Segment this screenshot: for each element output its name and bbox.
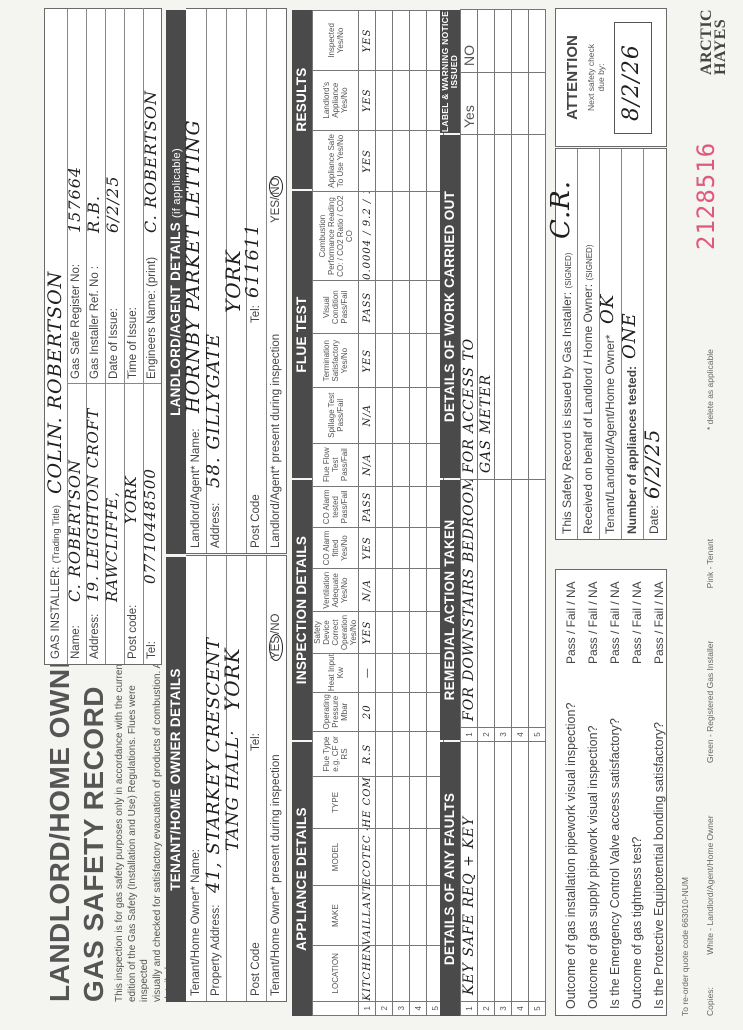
appliance-cell[interactable] bbox=[393, 387, 410, 443]
landlord-present-toggle[interactable]: YES/NO bbox=[270, 176, 282, 223]
row-number: 2 bbox=[376, 1001, 393, 1015]
appliance-cell[interactable] bbox=[376, 280, 393, 334]
appliance-cell[interactable] bbox=[410, 70, 427, 130]
appliance-cell[interactable]: 20 bbox=[359, 692, 376, 731]
fault-detail[interactable] bbox=[478, 742, 495, 1002]
appliance-cell[interactable]: YES bbox=[359, 527, 376, 568]
appliance-grid-header: LOCATION MAKE MODEL TYPE Flue Type e.g. … bbox=[313, 11, 359, 1016]
appliance-cell[interactable] bbox=[376, 653, 393, 692]
appliance-details-heading: APPLIANCE DETAILS bbox=[292, 742, 312, 1016]
outcome-question: Outcome of gas tightness test? bbox=[630, 837, 644, 1009]
installer-tel[interactable]: 07710448500 bbox=[141, 468, 159, 584]
outcome-question: Outcome of gas supply pipework visual in… bbox=[586, 726, 600, 1009]
work-carried-out[interactable] bbox=[512, 135, 529, 480]
appliance-cell[interactable]: N/A bbox=[359, 387, 376, 443]
faults-row-number: 3 bbox=[495, 1002, 512, 1016]
appliance-cell[interactable] bbox=[393, 192, 410, 281]
tenant-details-heading: TENANT/HOME OWNER DETAILS bbox=[166, 557, 186, 1002]
faults-row: 44 bbox=[512, 10, 529, 1016]
appliance-cell[interactable] bbox=[376, 612, 393, 653]
appliance-cell[interactable] bbox=[410, 828, 427, 886]
outcome-check-row: Is the Protective Equipotential bonding … bbox=[648, 576, 670, 1009]
outcome-options[interactable]: Pass / Fail / NA bbox=[586, 581, 600, 664]
landlord-address-line1[interactable]: 58. GILLYGATE bbox=[203, 333, 224, 488]
appliance-cell[interactable] bbox=[393, 946, 410, 1002]
appliance-cell[interactable] bbox=[376, 11, 393, 71]
outcome-options[interactable]: Pass / Fail / NA bbox=[608, 581, 622, 664]
appliance-cell[interactable]: YES bbox=[359, 130, 376, 192]
appliance-cell[interactable] bbox=[410, 192, 427, 281]
label-issued-no[interactable] bbox=[529, 10, 546, 73]
row-number: 1 bbox=[359, 1001, 376, 1015]
installer-name[interactable]: C. ROBERTSON bbox=[65, 459, 84, 602]
outcome-check-row: Is the Emergency Control Valve access sa… bbox=[604, 576, 626, 1009]
landlord-details-box: Landlord/Agent* Name: HORNBY PARKET LETT… bbox=[186, 8, 287, 554]
appliance-cell[interactable] bbox=[376, 569, 393, 612]
appliance-cell[interactable] bbox=[376, 387, 393, 443]
appliance-cell[interactable] bbox=[410, 443, 427, 486]
outcome-checks: Outcome of gas installation pipework vis… bbox=[555, 569, 667, 1016]
appliance-cell[interactable] bbox=[393, 486, 410, 527]
appliance-cell[interactable] bbox=[376, 692, 393, 731]
faults-row: 55 bbox=[529, 10, 546, 1016]
label-issued-yes[interactable] bbox=[478, 73, 495, 135]
appliance-cell[interactable] bbox=[393, 692, 410, 731]
appliance-cell[interactable] bbox=[410, 946, 427, 1002]
appliance-cell[interactable]: VAILLANT bbox=[359, 886, 376, 946]
outcome-question: Outcome of gas installation pipework vis… bbox=[564, 703, 578, 1009]
appliance-cell[interactable] bbox=[393, 653, 410, 692]
appliance-cell[interactable] bbox=[410, 569, 427, 612]
appliance-row: 2 bbox=[376, 11, 393, 1016]
reorder-code: To re-order quote code 663010-NUM bbox=[680, 877, 690, 1016]
gas-installer-ref-no[interactable]: R.B. bbox=[84, 195, 103, 233]
flue-test-heading: FLUE TEST bbox=[292, 191, 312, 478]
engineers-name[interactable]: C. ROBERTSON bbox=[141, 90, 160, 233]
attention-box: ATTENTION Next safety check due by: 8/2/… bbox=[555, 8, 667, 147]
tenant-present-toggle[interactable]: YES/NO bbox=[270, 614, 282, 661]
appliance-cell[interactable] bbox=[376, 777, 393, 828]
inspection-details-heading: INSPECTION DETAILS bbox=[292, 480, 312, 740]
installer-trading-title[interactable]: COLIN. ROBERTSON bbox=[44, 271, 66, 494]
gas-installer-box: GAS INSTALLER: (Trading Title) COLIN. RO… bbox=[44, 8, 162, 665]
appliance-cell[interactable] bbox=[376, 731, 393, 776]
serial-number: 2128516 bbox=[692, 142, 720, 250]
installer-address-line2[interactable]: RAWCLIFFE, bbox=[103, 491, 121, 602]
outcome-check-row: Outcome of gas tightness test?Pass / Fai… bbox=[626, 576, 648, 1009]
gas-safe-register-no[interactable]: 157664 bbox=[65, 166, 84, 233]
appliance-cell[interactable] bbox=[410, 486, 427, 527]
appliance-cell[interactable]: R.S bbox=[359, 731, 376, 776]
property-address-line3[interactable]: YORK bbox=[220, 647, 244, 711]
remedial-action[interactable] bbox=[478, 480, 495, 728]
next-check-date: 8/2/26 bbox=[619, 44, 644, 121]
appliance-cell[interactable] bbox=[393, 886, 410, 946]
appliance-cell[interactable]: YES bbox=[359, 11, 376, 71]
signoff-box: This Safety Record is issued by Gas Inst… bbox=[555, 148, 667, 540]
faults-row: 1KEY SAFE REQ + KEY1FOR DOWNSTAIRS BEDRO… bbox=[461, 10, 478, 1016]
faults-row-number: 1 bbox=[461, 1002, 478, 1016]
appliance-cell[interactable] bbox=[410, 692, 427, 731]
appliance-cell[interactable] bbox=[393, 280, 410, 334]
appliance-cell[interactable] bbox=[376, 886, 393, 946]
appliance-cell[interactable] bbox=[393, 731, 410, 776]
faults-heading: DETAILS OF ANY FAULTS bbox=[440, 742, 460, 1016]
results-heading: RESULTS bbox=[292, 10, 312, 189]
remedial-action[interactable] bbox=[495, 480, 512, 728]
remedial-action[interactable] bbox=[512, 480, 529, 728]
faults-row-number: 4 bbox=[512, 1002, 529, 1016]
appliance-cell[interactable] bbox=[393, 443, 410, 486]
appliance-cell[interactable] bbox=[393, 70, 410, 130]
form-title-line2: GAS SAFETY RECORD bbox=[78, 686, 110, 1002]
fault-detail[interactable] bbox=[512, 742, 529, 1002]
faults-row-number: 2 bbox=[478, 1002, 495, 1016]
appliance-cell[interactable] bbox=[376, 828, 393, 886]
installer-address-line1[interactable]: 19. LEIGHTON CROFT bbox=[84, 408, 102, 602]
work-carried-out-heading: DETAILS OF WORK CARRIED OUT bbox=[440, 135, 460, 478]
appliance-cell[interactable]: YES bbox=[359, 70, 376, 130]
outcome-options[interactable]: Pass / Fail / NA bbox=[652, 581, 666, 664]
appliance-cell[interactable] bbox=[410, 731, 427, 776]
appliance-cell[interactable]: N/A bbox=[359, 569, 376, 612]
gas-safety-record-sheet: LANDLORD/HOME OWNER GAS SAFETY RECORD Th… bbox=[0, 0, 743, 1030]
installer-signature[interactable]: C.R. bbox=[546, 180, 576, 239]
appliances-tested-count[interactable]: ONE bbox=[619, 312, 640, 359]
appliance-cell[interactable]: ECOTEC 40 bbox=[359, 828, 376, 886]
appliance-cell[interactable] bbox=[393, 612, 410, 653]
appliance-cell[interactable] bbox=[410, 387, 427, 443]
appliance-cell[interactable]: KITCHEN bbox=[359, 946, 376, 1002]
landlord-tel[interactable]: 611611 bbox=[242, 223, 263, 298]
appliance-cell[interactable] bbox=[410, 11, 427, 71]
remedial-action[interactable] bbox=[529, 480, 546, 728]
installer-postcode[interactable]: YORK bbox=[122, 475, 140, 524]
remedial-row-number: 4 bbox=[512, 728, 529, 742]
row-number: 4 bbox=[410, 1001, 427, 1015]
appliance-cell[interactable]: — bbox=[359, 653, 376, 692]
tenant-details-box: Tenant/Home Owner* Name: Property Addres… bbox=[186, 555, 287, 1002]
copies-legend: Copies: White - Landlord/Agent/Home Owne… bbox=[705, 376, 715, 1016]
work-carried-out[interactable] bbox=[529, 135, 546, 480]
faults-row: 22GAS METER bbox=[478, 10, 495, 1016]
appliance-cell[interactable]: YES bbox=[359, 612, 376, 653]
appliance-cell[interactable] bbox=[410, 886, 427, 946]
appliance-cell[interactable]: YES bbox=[359, 334, 376, 388]
date-of-issue[interactable]: 6/2/25 bbox=[103, 176, 122, 234]
appliance-cell[interactable] bbox=[410, 653, 427, 692]
landlord-name[interactable]: HORNBY PARKET LETTING bbox=[182, 119, 204, 413]
appliance-grid: LOCATION MAKE MODEL TYPE Flue Type e.g. … bbox=[312, 10, 444, 1016]
appliance-cell[interactable]: HE COMBI bbox=[359, 777, 376, 828]
appliance-cell[interactable] bbox=[393, 334, 410, 388]
work-carried-out[interactable] bbox=[495, 135, 512, 480]
appliance-cell[interactable] bbox=[376, 70, 393, 130]
fault-detail[interactable]: KEY SAFE REQ + KEY bbox=[461, 742, 478, 1002]
appliance-cell[interactable] bbox=[376, 130, 393, 192]
remedial-row-number: 3 bbox=[495, 728, 512, 742]
signoff-date[interactable]: 6/2/25 bbox=[640, 429, 664, 499]
arctic-hayes-logo: ARCTIC HAYES bbox=[700, 9, 728, 75]
outcome-check-row: Outcome of gas installation pipework vis… bbox=[560, 576, 582, 1009]
appliance-cell[interactable] bbox=[393, 130, 410, 192]
appliance-cell[interactable]: N/A bbox=[359, 443, 376, 486]
appliance-cell[interactable] bbox=[376, 443, 393, 486]
outcome-question: Is the Emergency Control Valve access sa… bbox=[608, 718, 622, 1009]
appliance-cell[interactable] bbox=[393, 527, 410, 568]
tenant-signature[interactable]: OK bbox=[597, 294, 618, 324]
appliance-row: 1KITCHENVAILLANTECOTEC 40HE COMBIR.S20—Y… bbox=[359, 11, 376, 1016]
label-yes-header[interactable]: Yes bbox=[461, 73, 478, 135]
appliance-cell[interactable]: 0.0004 / 9.2 / 17 bbox=[359, 192, 376, 281]
work-carried-out[interactable]: GAS METER bbox=[478, 135, 495, 480]
appliance-row: 4 bbox=[410, 11, 427, 1016]
label-issued-no[interactable] bbox=[512, 10, 529, 73]
remedial-row-number: 2 bbox=[478, 728, 495, 742]
work-carried-out[interactable]: FOR ACCESS TO bbox=[461, 135, 478, 480]
appliance-cell[interactable] bbox=[410, 777, 427, 828]
appliance-cell[interactable] bbox=[393, 11, 410, 71]
fault-detail[interactable] bbox=[495, 742, 512, 1002]
outcome-check-row: Outcome of gas supply pipework visual in… bbox=[582, 576, 604, 1009]
remedial-row-number: 5 bbox=[529, 728, 546, 742]
delete-note: * delete as applicable bbox=[705, 349, 715, 430]
appliance-cell[interactable]: PASS bbox=[359, 486, 376, 527]
label-warning-heading: LABEL & WARNING NOTICE ISSUED bbox=[440, 10, 460, 133]
row-number: 3 bbox=[393, 1001, 410, 1015]
label-issued-no[interactable] bbox=[478, 10, 495, 73]
label-no-header[interactable]: NO bbox=[461, 10, 478, 73]
appliance-row: 3 bbox=[393, 11, 410, 1016]
outcome-options[interactable]: Pass / Fail / NA bbox=[564, 581, 578, 664]
appliance-cell[interactable] bbox=[410, 334, 427, 388]
fault-detail[interactable] bbox=[529, 742, 546, 1002]
remedial-action[interactable]: FOR DOWNSTAIRS BEDROOM bbox=[461, 480, 478, 728]
appliance-cell[interactable] bbox=[376, 527, 393, 568]
outcome-question: Is the Protective Equipotential bonding … bbox=[652, 722, 666, 1009]
appliance-cell[interactable] bbox=[410, 130, 427, 192]
appliance-cell[interactable] bbox=[376, 334, 393, 388]
appliance-cell[interactable] bbox=[376, 192, 393, 281]
appliance-cell[interactable] bbox=[376, 486, 393, 527]
label-issued-yes[interactable] bbox=[529, 73, 546, 135]
remedial-row-number: 1 bbox=[461, 728, 478, 742]
remedial-heading: REMEDIAL ACTION TAKEN bbox=[440, 480, 460, 740]
outcome-options[interactable]: Pass / Fail / NA bbox=[630, 581, 644, 664]
faults-row-number: 5 bbox=[529, 1002, 546, 1016]
appliance-cell[interactable]: PASS bbox=[359, 280, 376, 334]
next-check-date-box[interactable]: 8/2/26 bbox=[614, 22, 652, 134]
appliance-cell[interactable] bbox=[393, 569, 410, 612]
faults-row: 33 bbox=[495, 10, 512, 1016]
appliance-cell[interactable] bbox=[410, 527, 427, 568]
appliance-cell[interactable] bbox=[393, 777, 410, 828]
label-issued-no[interactable] bbox=[495, 10, 512, 73]
property-address-line2[interactable]: TANG HALL· bbox=[223, 729, 243, 851]
appliance-cell[interactable] bbox=[410, 280, 427, 334]
appliance-cell[interactable] bbox=[410, 612, 427, 653]
label-issued-yes[interactable] bbox=[512, 73, 529, 135]
appliance-cell[interactable] bbox=[376, 946, 393, 1002]
form-title-line1: LANDLORD/HOME OWNER bbox=[44, 629, 76, 1002]
label-issued-yes[interactable] bbox=[495, 73, 512, 135]
faults-grid: 1KEY SAFE REQ + KEY1FOR DOWNSTAIRS BEDRO… bbox=[460, 9, 546, 1016]
appliance-cell[interactable] bbox=[393, 828, 410, 886]
